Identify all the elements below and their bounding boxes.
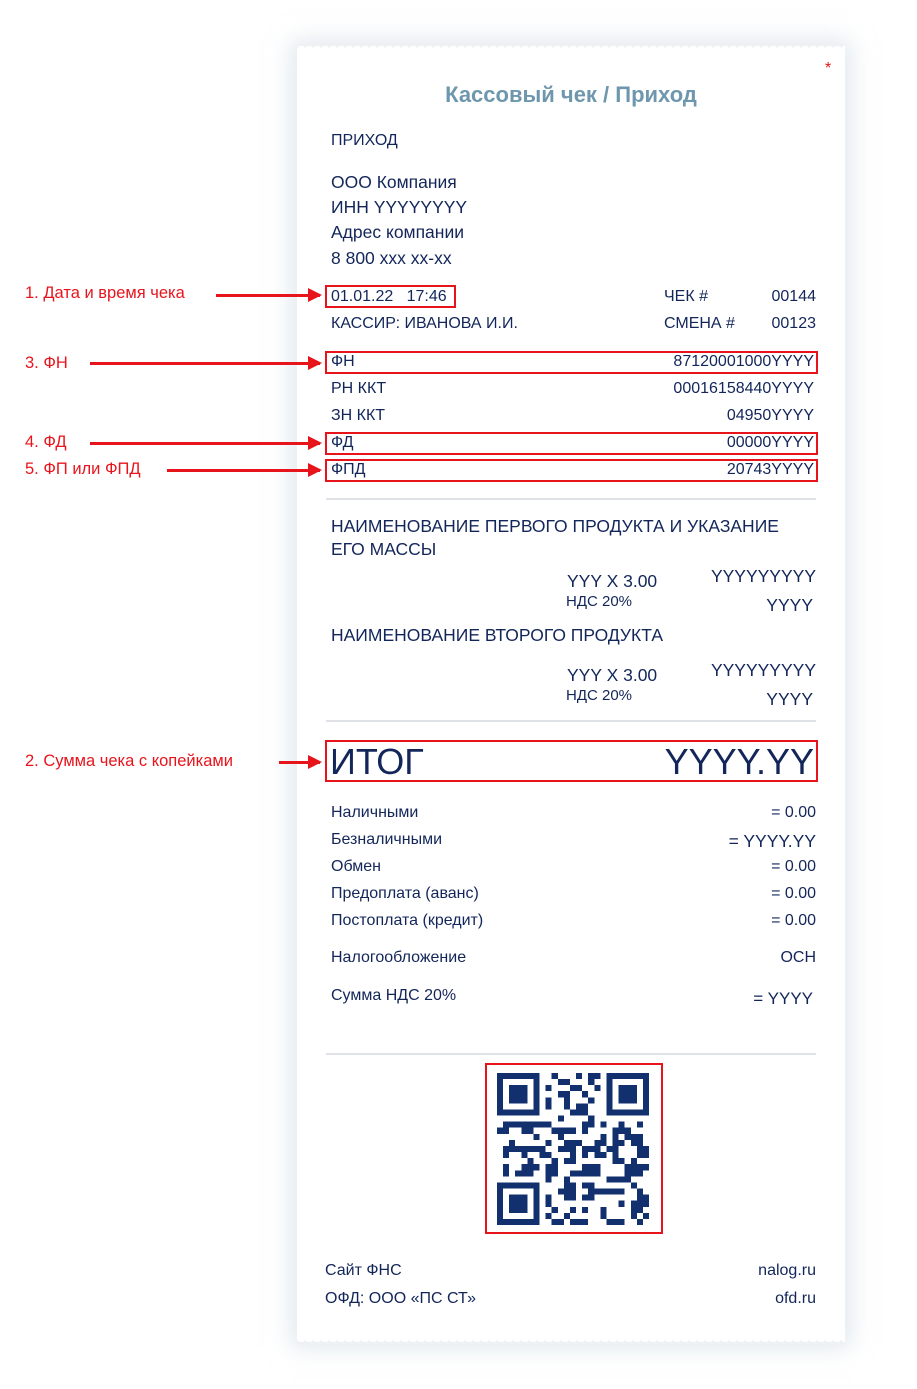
separator bbox=[326, 498, 816, 500]
arrow-right-icon bbox=[216, 294, 320, 297]
footer-fns-link[interactable]: nalog.ru bbox=[600, 1262, 816, 1280]
taxation-value: ОСН bbox=[600, 949, 816, 967]
product-2-name-line1: НАИМЕНОВАНИЕ ВТОРОГО ПРОДУКТА bbox=[331, 625, 663, 646]
company-address: Адрес компании bbox=[331, 222, 464, 243]
total-label: ИТОГ bbox=[330, 741, 424, 783]
total-value: YYYY.YY bbox=[560, 741, 814, 783]
product-1-vat: YYYY bbox=[680, 595, 813, 616]
footer-ofd-label: ОФД: ООО «ПС СТ» bbox=[325, 1290, 476, 1308]
product-1-qty: YYY X 3.00 bbox=[567, 571, 657, 592]
payment-card-label: Безналичными bbox=[331, 831, 442, 849]
fiscal-value-fn: 87120001000YYYY bbox=[560, 353, 814, 371]
shift-number: 00123 bbox=[740, 315, 816, 333]
payment-postpaid-label: Постоплата (кредит) bbox=[331, 912, 483, 930]
receipt-datetime: 01.01.22 17:46 bbox=[331, 288, 447, 306]
payment-card-value: = YYYY.YY bbox=[600, 831, 816, 852]
company-name: ООО Компания bbox=[331, 172, 457, 193]
fiscal-value-fpd: 20743YYYY bbox=[560, 461, 814, 479]
footer-ofd-link[interactable]: ofd.ru bbox=[600, 1290, 816, 1308]
separator bbox=[326, 1053, 816, 1055]
arrow-right-icon bbox=[279, 761, 320, 764]
company-inn: ИНН YYYYYYYY bbox=[331, 197, 467, 218]
vat-sum-label: Сумма НДС 20% bbox=[331, 987, 456, 1005]
company-phone: 8 800 xxx xx-xx bbox=[331, 248, 452, 269]
annotation-fn: 3. ФН bbox=[25, 354, 68, 373]
product-1-vat-label: НДС 20% bbox=[566, 593, 632, 610]
check-label: ЧЕК # bbox=[664, 288, 708, 306]
product-2-qty: YYY X 3.00 bbox=[567, 665, 657, 686]
separator bbox=[326, 720, 816, 722]
payment-postpaid-value: = 0.00 bbox=[600, 912, 816, 930]
qr-code-icon bbox=[497, 1073, 649, 1225]
fiscal-label-fn: ФН bbox=[331, 353, 355, 371]
shift-label: СМЕНА # bbox=[664, 315, 735, 333]
payment-exchange-value: = 0.00 bbox=[600, 858, 816, 876]
fiscal-label-zn-kkt: ЗН ККТ bbox=[331, 407, 385, 425]
product-2-vat-label: НДС 20% bbox=[566, 687, 632, 704]
fiscal-value-fd: 00000YYYY bbox=[560, 434, 814, 452]
check-number: 00144 bbox=[740, 288, 816, 306]
vat-sum-value: = YYYY bbox=[600, 989, 813, 1009]
zigzag-edge-top bbox=[297, 44, 845, 52]
annotation-fd: 4. ФД bbox=[25, 433, 67, 452]
fiscal-label-rn-kkt: РН ККТ bbox=[331, 380, 386, 398]
receipt-title: Кассовый чек / Приход bbox=[297, 82, 845, 108]
product-2-vat: YYYY bbox=[680, 689, 813, 710]
operation-type: ПРИХОД bbox=[331, 132, 398, 150]
asterisk-mark: * bbox=[825, 60, 831, 78]
zigzag-edge-bottom bbox=[297, 1336, 845, 1344]
footer-fns-label: Сайт ФНС bbox=[325, 1262, 402, 1280]
fiscal-value-zn-kkt: 04950YYYY bbox=[560, 407, 814, 425]
product-1-total: YYYYYYYYY bbox=[680, 566, 816, 587]
taxation-label: Налогообложение bbox=[331, 949, 466, 967]
arrow-right-icon bbox=[90, 362, 320, 365]
product-1-name-line1: НАИМЕНОВАНИЕ ПЕРВОГО ПРОДУКТА И УКАЗАНИЕ bbox=[331, 516, 779, 537]
payment-cash-label: Наличными bbox=[331, 804, 418, 822]
payment-prepaid-value: = 0.00 bbox=[600, 885, 816, 903]
fiscal-label-fd: ФД bbox=[331, 434, 353, 452]
payment-exchange-label: Обмен bbox=[331, 858, 381, 876]
arrow-right-icon bbox=[167, 469, 320, 472]
annotation-fpd: 5. ФП или ФПД bbox=[25, 460, 141, 479]
fiscal-label-fpd: ФПД bbox=[331, 461, 366, 479]
fiscal-value-rn-kkt: 00016158440YYYY bbox=[560, 380, 814, 398]
cashier: КАССИР: ИВАНОВА И.И. bbox=[331, 315, 518, 333]
arrow-right-icon bbox=[90, 442, 320, 445]
payment-prepaid-label: Предоплата (аванс) bbox=[331, 885, 479, 903]
annotation-total: 2. Сумма чека с копейками bbox=[25, 752, 233, 771]
product-1-name-line2: ЕГО МАССЫ bbox=[331, 539, 436, 560]
payment-cash-value: = 0.00 bbox=[600, 804, 816, 822]
annotation-datetime: 1. Дата и время чека bbox=[25, 284, 185, 303]
product-2-total: YYYYYYYYY bbox=[680, 660, 816, 681]
